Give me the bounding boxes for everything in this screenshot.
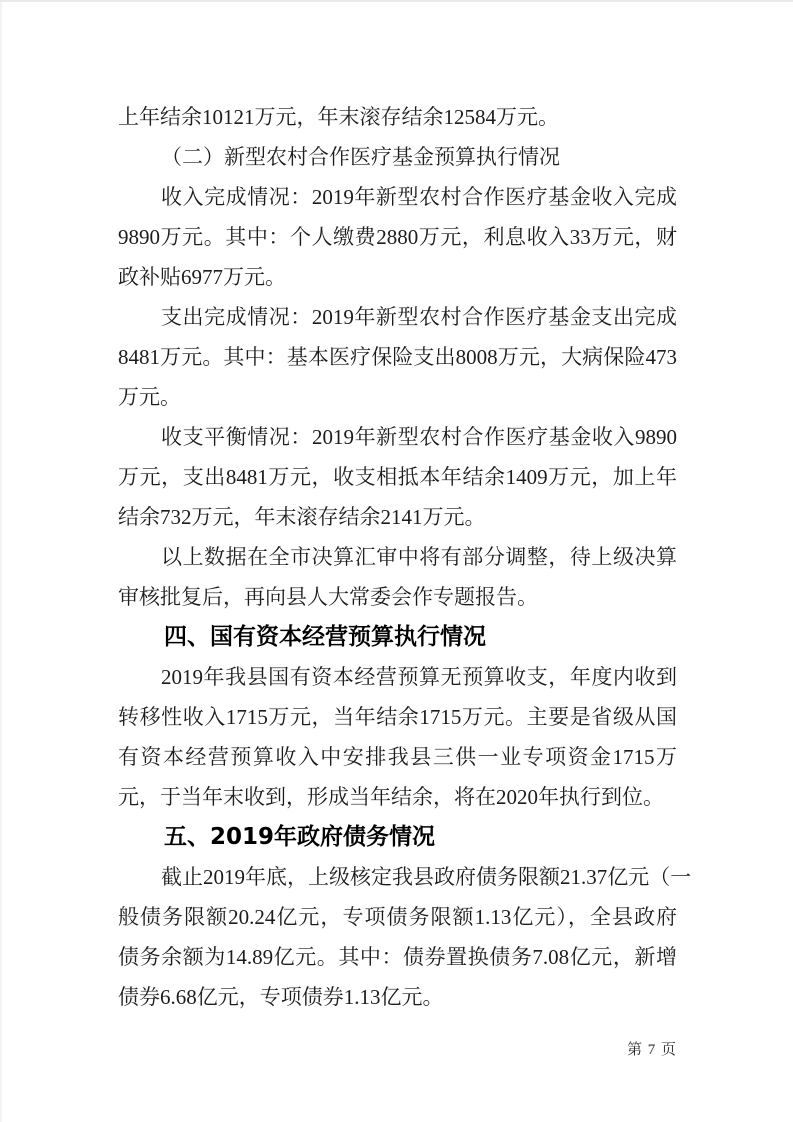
text-line: 上年结余10121万元，年末滚存结余12584万元。 bbox=[118, 97, 677, 137]
text-line: 四、国有资本经营预算执行情况 bbox=[118, 617, 677, 657]
text-line: 转移性收入1715万元，当年结余1715万元。主要是省级从国 bbox=[118, 697, 677, 737]
text-line: 结余732万元，年末滚存结余2141万元。 bbox=[118, 497, 677, 537]
section-heading: 五、2019年政府债务情况 bbox=[118, 817, 677, 857]
text-line: 万元，支出8481万元，收支相抵本年结余1409万元，加上年 bbox=[118, 457, 677, 497]
paragraph: 截止2019年底，上级核定我县政府债务限额21.37亿元（一般债务限额20.24… bbox=[118, 857, 677, 1017]
document-page: 上年结余10121万元，年末滚存结余12584万元。（二）新型农村合作医疗基金预… bbox=[0, 0, 793, 1122]
paragraph: 收入完成情况：2019年新型农村合作医疗基金收入完成9890万元。其中：个人缴费… bbox=[118, 177, 677, 297]
text-line: 支出完成情况：2019年新型农村合作医疗基金支出完成 bbox=[118, 297, 677, 337]
text-line: （二）新型农村合作医疗基金预算执行情况 bbox=[118, 137, 677, 177]
text-line: 五、2019年政府债务情况 bbox=[118, 817, 677, 857]
paragraph: 支出完成情况：2019年新型农村合作医疗基金支出完成8481万元。其中：基本医疗… bbox=[118, 297, 677, 417]
text-line: 般债务限额20.24亿元，专项债务限额1.13亿元），全县政府 bbox=[118, 897, 677, 937]
text-line: 以上数据在全市决算汇审中将有部分调整，待上级决算 bbox=[118, 537, 677, 577]
paragraph: （二）新型农村合作医疗基金预算执行情况 bbox=[118, 137, 677, 177]
page-number: 第 7 页 bbox=[627, 1038, 677, 1059]
text-line: 有资本经营预算收入中安排我县三供一业专项资金1715万 bbox=[118, 737, 677, 777]
paragraph: 收支平衡情况：2019年新型农村合作医疗基金收入9890万元，支出8481万元，… bbox=[118, 417, 677, 537]
paragraph: 2019年我县国有资本经营预算无预算收支，年度内收到转移性收入1715万元，当年… bbox=[118, 657, 677, 817]
text-line: 9890万元。其中：个人缴费2880万元，利息收入33万元，财 bbox=[118, 217, 677, 257]
text-line: 万元。 bbox=[118, 377, 677, 417]
paragraph: 以上数据在全市决算汇审中将有部分调整，待上级决算审核批复后，再向县人大常委会作专… bbox=[118, 537, 677, 617]
text-line: 债券6.68亿元，专项债券1.13亿元。 bbox=[118, 977, 677, 1017]
section-heading: 四、国有资本经营预算执行情况 bbox=[118, 617, 677, 657]
text-line: 8481万元。其中：基本医疗保险支出8008万元，大病保险473 bbox=[118, 337, 677, 377]
text-line: 收入完成情况：2019年新型农村合作医疗基金收入完成 bbox=[118, 177, 677, 217]
document-body: 上年结余10121万元，年末滚存结余12584万元。（二）新型农村合作医疗基金预… bbox=[118, 97, 677, 1017]
text-line: 政补贴6977万元。 bbox=[118, 257, 677, 297]
text-line: 审核批复后，再向县人大常委会作专题报告。 bbox=[118, 577, 677, 617]
paragraph: 上年结余10121万元，年末滚存结余12584万元。 bbox=[118, 97, 677, 137]
text-line: 元，于当年末收到，形成当年结余，将在2020年执行到位。 bbox=[118, 777, 677, 817]
text-line: 收支平衡情况：2019年新型农村合作医疗基金收入9890 bbox=[118, 417, 677, 457]
text-line: 2019年我县国有资本经营预算无预算收支，年度内收到 bbox=[118, 657, 677, 697]
text-line: 债务余额为14.89亿元。其中：债券置换债务7.08亿元，新增 bbox=[118, 937, 677, 977]
text-line: 截止2019年底，上级核定我县政府债务限额21.37亿元（一 bbox=[118, 857, 677, 897]
